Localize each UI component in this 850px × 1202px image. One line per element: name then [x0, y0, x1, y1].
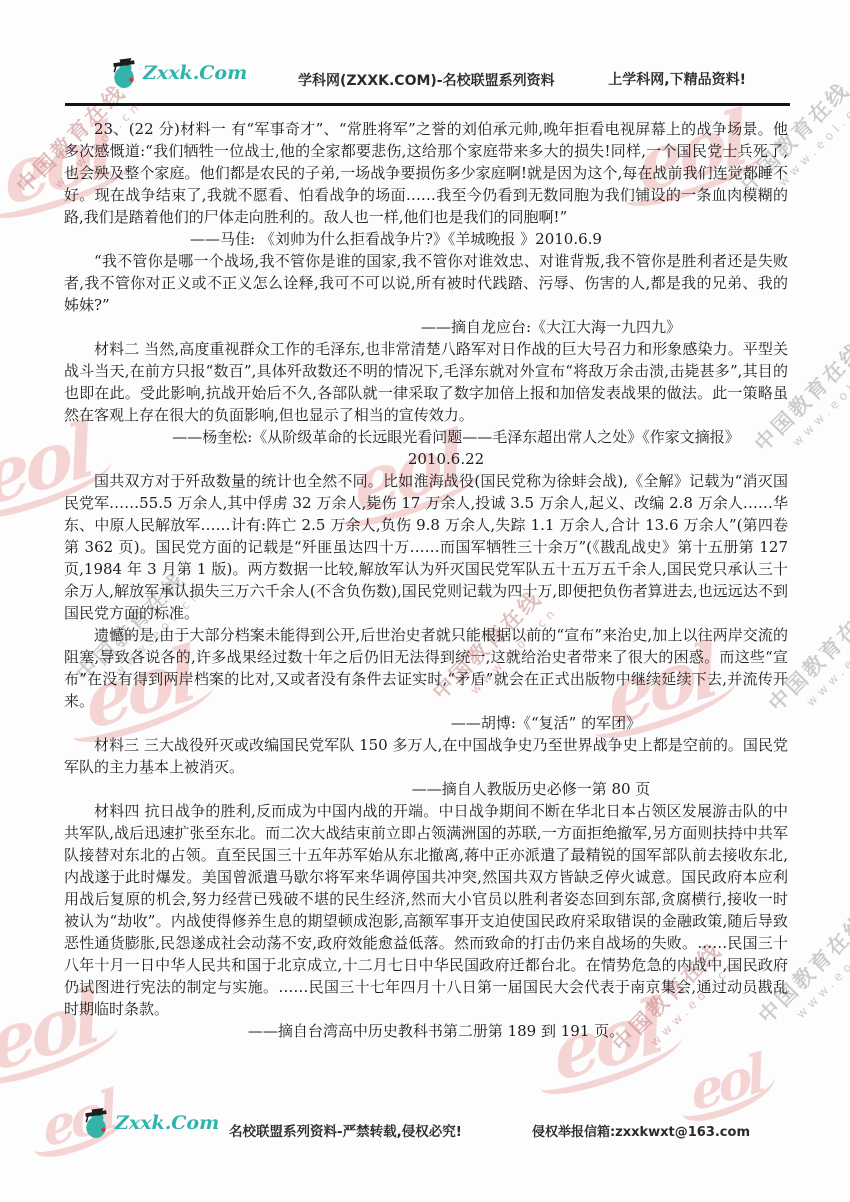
- zxxk-logo-icon: [81, 1106, 111, 1140]
- paragraph-material-2: 材料二 当然,高度重视群众工作的毛泽东,也非常清楚八路军对日作战的巨大号召力和形…: [64, 338, 788, 426]
- citation-taiwan-textbook: ——摘自台湾高中历史教科书第二册第 189 到 191 页。: [74, 1020, 798, 1042]
- paragraph-material-4: 材料四 抗日战争的胜利,反而成为中国内战的开端。中日战争期间不断在华北日本占领区…: [64, 800, 788, 1020]
- watermark-line2: www.eol.cn: [794, 928, 850, 1022]
- paragraph-statistics: 国共双方对于歼敌数量的统计也全然不同。比如淮海战役(国民党称为徐蚌会战),《全解…: [64, 470, 788, 624]
- zxxk-logo: Zxxk.Com: [109, 56, 247, 90]
- paragraph-quote: “我不管你是哪一个战场,我不管你是谁的国家,我不管你对谁效忠、对谁背叛,我不管你…: [64, 250, 788, 316]
- logo-text: Zxxk.Com: [115, 1112, 219, 1134]
- paragraph-material-1: 23、(22 分)材料一 有“军事奇才”、“常胜将军”之誉的刘伯承元帅,晚年拒看…: [64, 118, 788, 228]
- header-slogan: 上学科网,下精品资料!: [608, 69, 746, 89]
- zxxk-logo-icon: [109, 56, 139, 90]
- paragraph-archives: 遗憾的是,由于大部分档案未能得到公开,后世治史者就只能根据以前的“宣布”来治史,…: [64, 624, 788, 712]
- citation-renjiaoban: ——摘自人教版历史必修一第 80 页: [169, 778, 850, 800]
- citation-hubo: ——胡博:《“复活” 的军团》: [184, 712, 850, 734]
- document-page: eol eol eol eol eol eol eol eol eol eol …: [0, 0, 850, 1202]
- page-header: Zxxk.Com 学科网(ZXXK.COM)-名校联盟系列资料 上学科网,下精品…: [65, 54, 790, 102]
- paragraph-material-3: 材料三 三大战役歼灭或改编国民党军队 150 多万人,在中国战争史乃至世界战争史…: [64, 734, 788, 778]
- citation-longyingtai: ——摘自龙应台:《大江大海一九四九》: [189, 316, 850, 338]
- footer-report-email: 侵权举报信箱:zxxkwxt@163.com: [532, 1121, 750, 1140]
- footer-copyright-text: 名校联盟系列资料-严禁转载,侵权必究!: [229, 1120, 462, 1140]
- citation-date: 2010.6.22: [84, 448, 808, 470]
- citation-majia: ——马佳: 《刘帅为什么拒看战争片?》《羊城晚报 》2010.6.9: [34, 228, 758, 250]
- watermark-line2: www.eol.cn: [804, 616, 850, 710]
- logo-text: Zxxk.Com: [143, 62, 247, 84]
- citation-yangkuisong: ——杨奎松:《从阶级革命的长远眼光看问题——毛泽东超出常人之处》《作家文摘报》: [94, 426, 818, 448]
- header-rule: [65, 103, 790, 106]
- page-footer: Zxxk.Com 名校联盟系列资料-严禁转载,侵权必究! 侵权举报信箱:zxxk…: [65, 1104, 790, 1152]
- zxxk-logo: Zxxk.Com: [81, 1106, 219, 1140]
- header-center-text: 学科网(ZXXK.COM)-名校联盟系列资料: [298, 70, 555, 90]
- document-body: 23、(22 分)材料一 有“军事奇才”、“常胜将军”之誉的刘伯承元帅,晚年拒看…: [64, 118, 788, 1042]
